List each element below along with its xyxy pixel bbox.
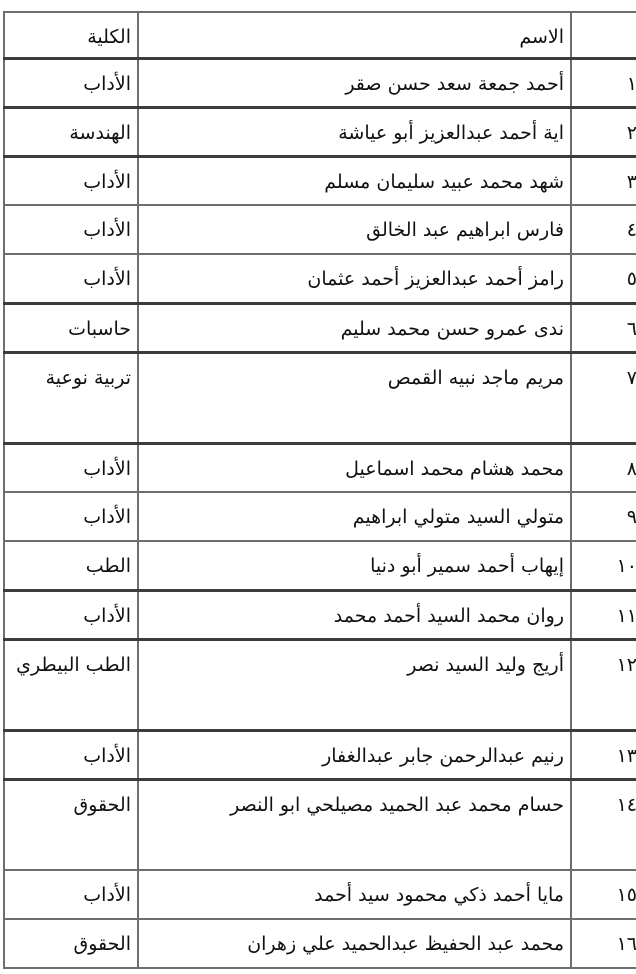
row-name: أحمد جمعة سعد حسن صقر <box>138 58 571 107</box>
table-row: ٣ شهد محمد عبيد سليمان مسلم الأداب <box>4 156 636 205</box>
header-name: الاسم <box>138 12 571 58</box>
row-faculty: الأداب <box>4 58 138 107</box>
table-row: ١٥ مايا أحمد ذكي محمود سيد أحمد الأداب <box>4 870 636 919</box>
table-row: ١٦ محمد عبد الحفيظ عبدالحميد علي زهران ا… <box>4 919 636 968</box>
row-name: شهد محمد عبيد سليمان مسلم <box>138 156 571 205</box>
row-faculty: الطب <box>4 541 138 590</box>
row-faculty: الأداب <box>4 590 138 639</box>
row-number: ١١ <box>571 590 636 639</box>
table-row: ١١ روان محمد السيد أحمد محمد الأداب <box>4 590 636 639</box>
row-name: محمد هشام محمد اسماعيل <box>138 443 571 492</box>
row-number: ١٠ <box>571 541 636 590</box>
header-faculty: الكلية <box>4 12 138 58</box>
table-row: ٦ ندى عمرو حسن محمد سليم حاسبات <box>4 303 636 352</box>
table-row: ٢ اية أحمد عبدالعزيز أبو عياشة الهندسة <box>4 107 636 156</box>
row-faculty: الحقوق <box>4 919 138 968</box>
table-row: ١٠ إيهاب أحمد سمير أبو دنيا الطب <box>4 541 636 590</box>
table-row: ١٣ رنيم عبدالرحمن جابر عبدالغفار الأداب <box>4 730 636 779</box>
row-name: ندى عمرو حسن محمد سليم <box>138 303 571 352</box>
row-faculty: الهندسة <box>4 107 138 156</box>
row-name: رامز أحمد عبدالعزيز أحمد عثمان <box>138 254 571 303</box>
row-name: اية أحمد عبدالعزيز أبو عياشة <box>138 107 571 156</box>
row-faculty: الأداب <box>4 254 138 303</box>
header-number <box>571 12 636 58</box>
row-number: ٤ <box>571 205 636 254</box>
table-row: ٨ محمد هشام محمد اسماعيل الأداب <box>4 443 636 492</box>
table-header-row: الاسم الكلية <box>4 12 636 58</box>
row-number: ١٤ <box>571 779 636 870</box>
document-page: الاسم الكلية ١ أحمد جمعة سعد حسن صقر الأ… <box>3 11 636 969</box>
table-row: ١٢ أريج وليد السيد نصر الطب البيطري <box>4 639 636 730</box>
row-faculty: الأداب <box>4 730 138 779</box>
row-number: ١ <box>571 58 636 107</box>
row-name: إيهاب أحمد سمير أبو دنيا <box>138 541 571 590</box>
row-name: مريم ماجد نبيه القمص <box>138 352 571 443</box>
row-faculty: حاسبات <box>4 303 138 352</box>
row-name: أريج وليد السيد نصر <box>138 639 571 730</box>
row-name: روان محمد السيد أحمد محمد <box>138 590 571 639</box>
row-number: ١٢ <box>571 639 636 730</box>
row-name: فارس ابراهيم عبد الخالق <box>138 205 571 254</box>
row-number: ١٣ <box>571 730 636 779</box>
row-number: ٣ <box>571 156 636 205</box>
table-row: ١٤ حسام محمد عبد الحميد مصيلحي ابو النصر… <box>4 779 636 870</box>
row-number: ٥ <box>571 254 636 303</box>
row-number: ٩ <box>571 492 636 541</box>
row-number: ٨ <box>571 443 636 492</box>
table-row: ١ أحمد جمعة سعد حسن صقر الأداب <box>4 58 636 107</box>
row-name: متولي السيد متولي ابراهيم <box>138 492 571 541</box>
row-faculty: الحقوق <box>4 779 138 870</box>
row-faculty: الأداب <box>4 443 138 492</box>
row-name: مايا أحمد ذكي محمود سيد أحمد <box>138 870 571 919</box>
row-number: ١٥ <box>571 870 636 919</box>
row-number: ٢ <box>571 107 636 156</box>
row-faculty: تربية نوعية <box>4 352 138 443</box>
row-faculty: الطب البيطري <box>4 639 138 730</box>
row-faculty: الأداب <box>4 205 138 254</box>
row-faculty: الأداب <box>4 156 138 205</box>
table-row: ٤ فارس ابراهيم عبد الخالق الأداب <box>4 205 636 254</box>
table-row: ٩ متولي السيد متولي ابراهيم الأداب <box>4 492 636 541</box>
row-name: محمد عبد الحفيظ عبدالحميد علي زهران <box>138 919 571 968</box>
row-name: حسام محمد عبد الحميد مصيلحي ابو النصر <box>138 779 571 870</box>
row-faculty: الأداب <box>4 870 138 919</box>
row-name: رنيم عبدالرحمن جابر عبدالغفار <box>138 730 571 779</box>
row-number: ١٦ <box>571 919 636 968</box>
row-number: ٦ <box>571 303 636 352</box>
table-row: ٧ مريم ماجد نبيه القمص تربية نوعية <box>4 352 636 443</box>
row-faculty: الأداب <box>4 492 138 541</box>
row-number: ٧ <box>571 352 636 443</box>
students-table: الاسم الكلية ١ أحمد جمعة سعد حسن صقر الأ… <box>3 11 636 969</box>
table-row: ٥ رامز أحمد عبدالعزيز أحمد عثمان الأداب <box>4 254 636 303</box>
